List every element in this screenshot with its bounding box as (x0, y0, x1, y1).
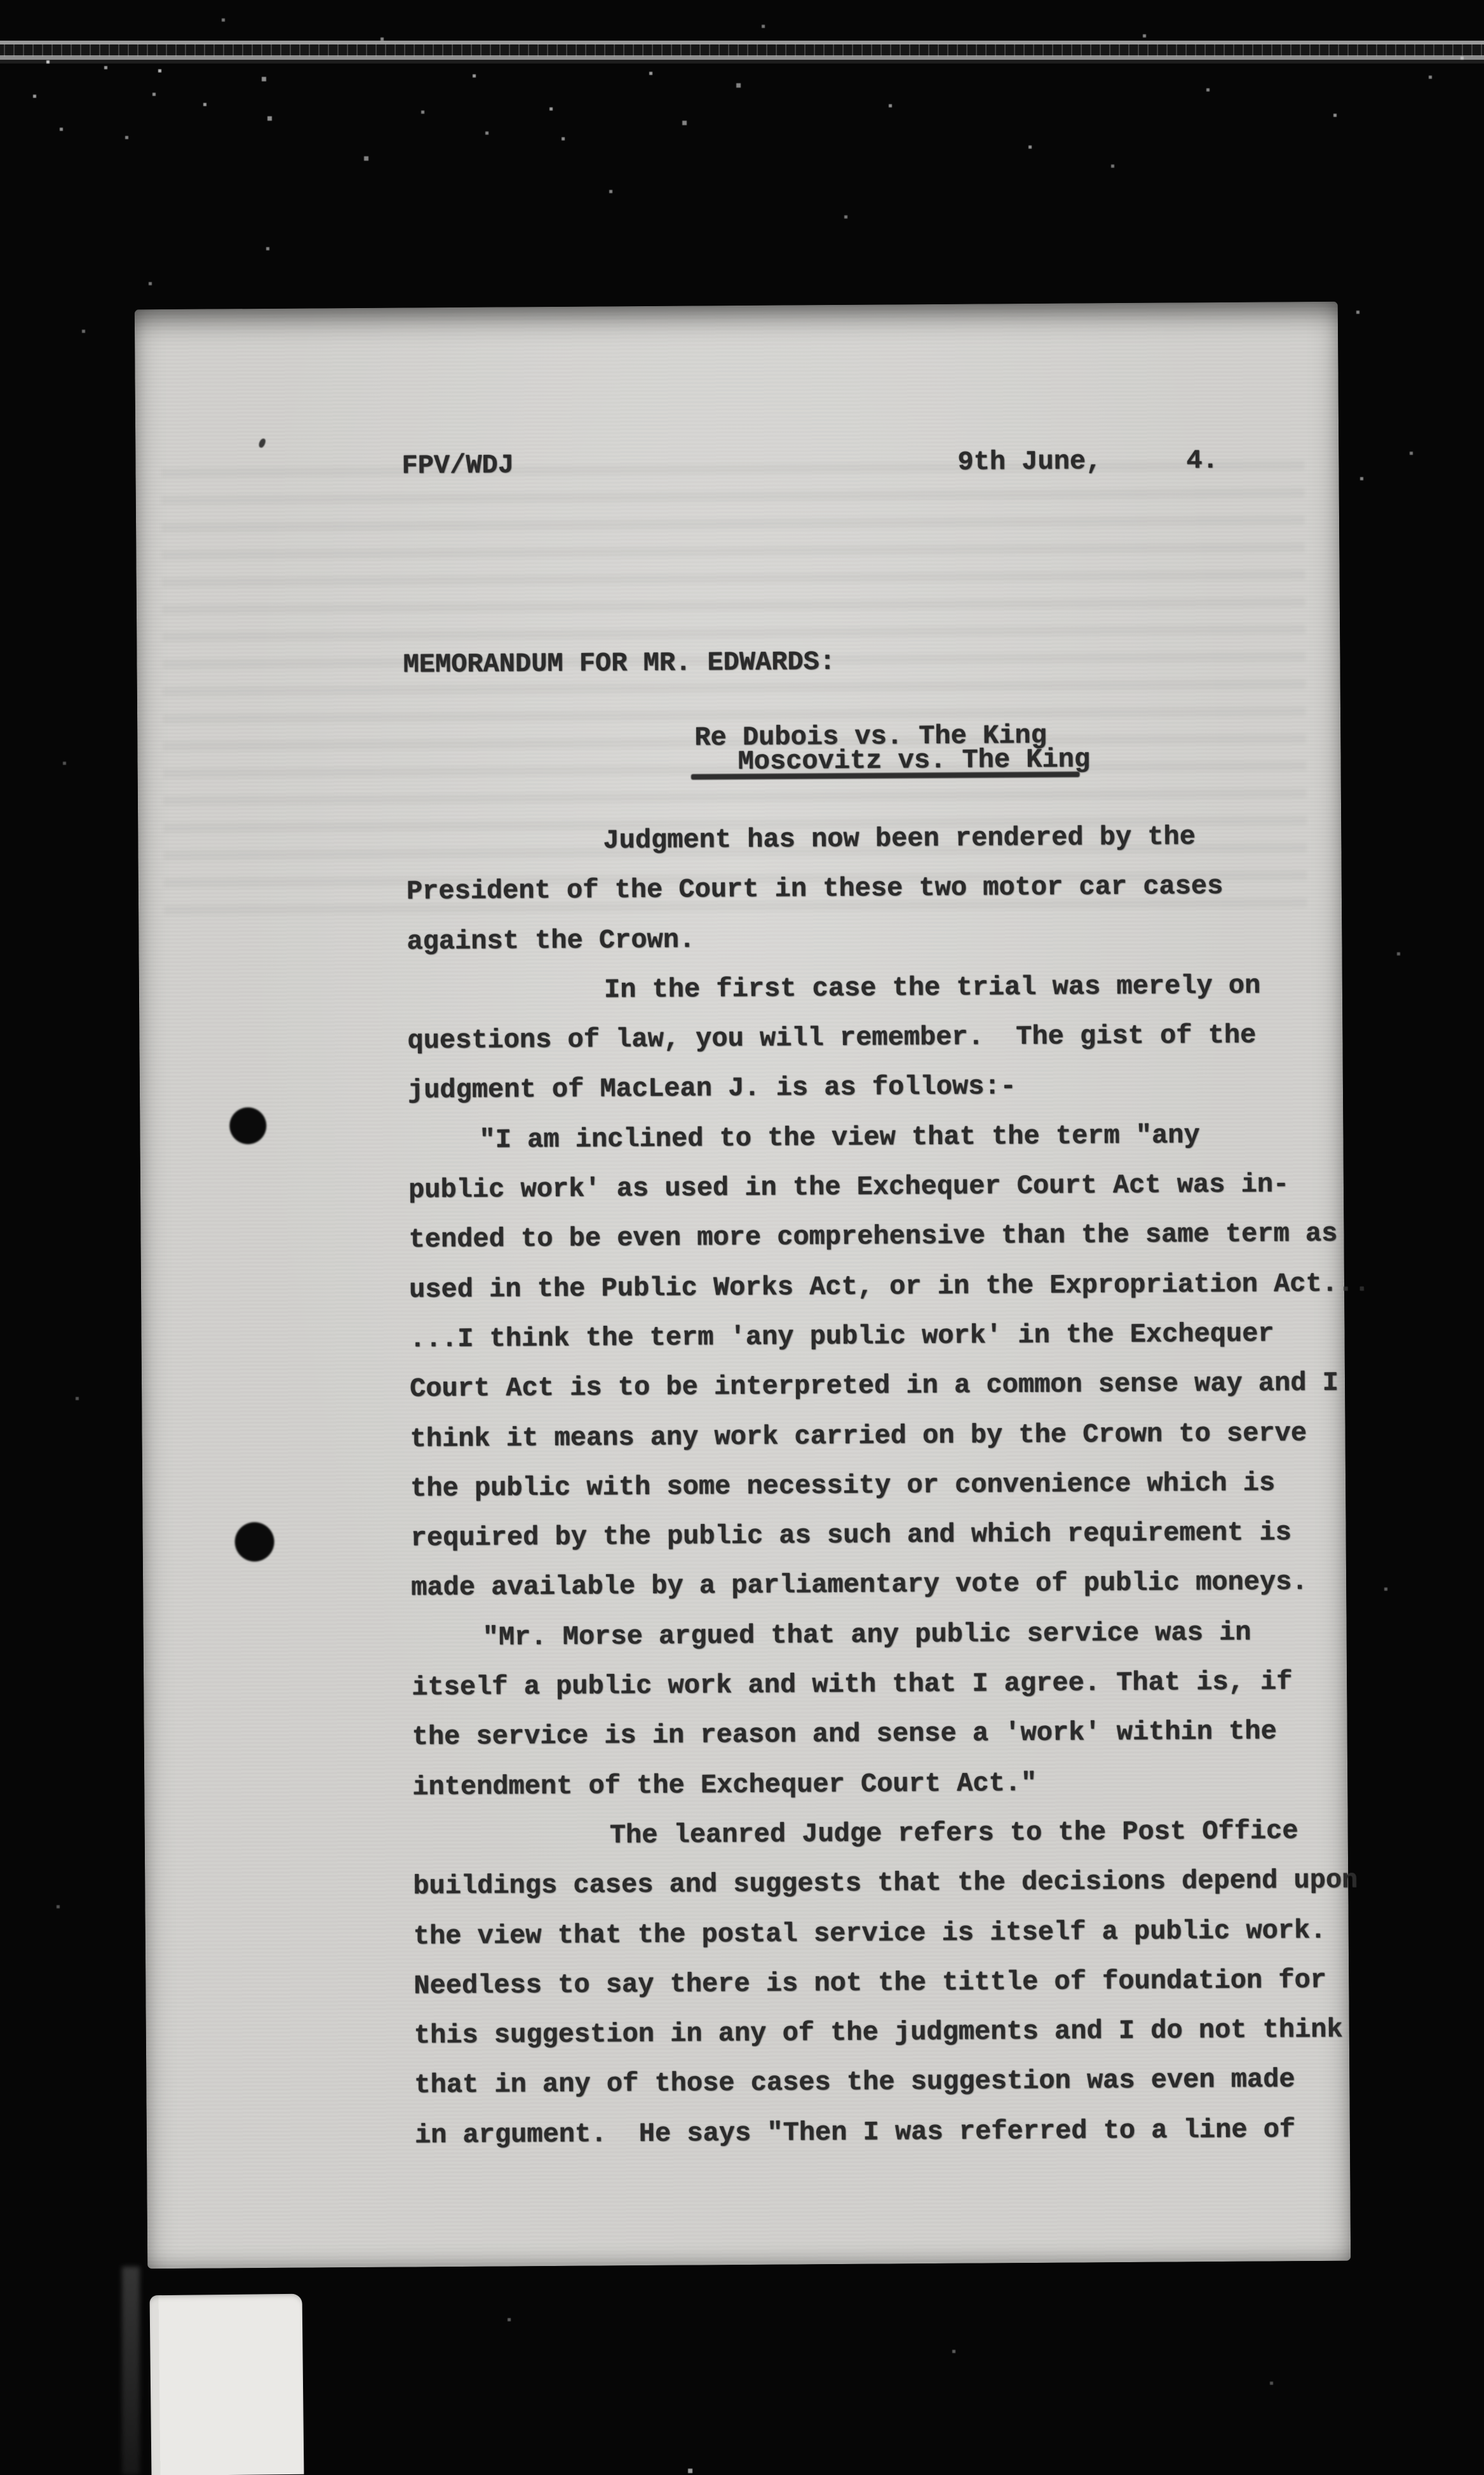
typed-line: used in the Public Works Act, or in the … (409, 1258, 1483, 1315)
page-number: 4. (1186, 444, 1218, 477)
memo-page: FPV/WDJ 9th June, 4. MEMORANDUM FOR MR. … (135, 302, 1351, 2269)
typed-line: intendment of the Exchequer Court Act." (412, 1755, 1484, 1812)
ink-speck (258, 438, 266, 448)
typed-line: the service is in reason and sense a 'wo… (412, 1706, 1484, 1763)
typed-line: public work' as used in the Exchequer Co… (408, 1158, 1482, 1215)
memo-addressee: MEMORANDUM FOR MR. EDWARDS: (403, 645, 835, 682)
typed-line: this suggestion in any of the judgments … (414, 2004, 1484, 2061)
film-strip-artifact (0, 41, 1484, 64)
typed-line: the public with some necessity or conven… (410, 1457, 1484, 1514)
typed-line: that in any of those cases the suggestio… (414, 2054, 1484, 2111)
next-page-corner (150, 2294, 304, 2475)
typed-line: itself a public work and with that I agr… (412, 1656, 1484, 1713)
scan-background: FPV/WDJ 9th June, 4. MEMORANDUM FOR MR. … (0, 0, 1484, 2475)
typed-line: "Mr. Morse argued that any public servic… (411, 1606, 1484, 1663)
typed-line: required by the public as such and which… (410, 1506, 1484, 1563)
typed-line: the view that the postal service is itse… (414, 1905, 1484, 1962)
memo-body-text: Judgment has now been rendered by thePre… (406, 810, 1484, 2160)
date-line: 9th June, (957, 445, 1102, 479)
typed-line: made available by a parliamentary vote o… (411, 1556, 1484, 1614)
punch-hole-bottom (234, 1522, 274, 1561)
typed-line: judgment of MacLean J. is as follows:- (408, 1059, 1481, 1116)
typed-line: ...I think the term 'any public work' in… (409, 1307, 1483, 1365)
typed-line: Needless to say there is not the tittle … (414, 1954, 1484, 2011)
page-edge-streak (122, 2267, 140, 2475)
typed-line: in argument. He says "Then I was referre… (415, 2103, 1484, 2161)
typed-line: "I am inclined to the view that the term… (408, 1109, 1481, 1166)
typed-line: In the first case the trial was merely o… (407, 959, 1481, 1016)
typed-line: Court Act is to be interpreted in a comm… (410, 1358, 1483, 1415)
typed-line: tended to be even more comprehensive tha… (408, 1208, 1482, 1265)
typed-line: think it means any work carried on by th… (410, 1407, 1483, 1464)
punch-hole-top (229, 1107, 266, 1144)
film-dust-specks (0, 0, 2, 2)
film-strip-hatching (0, 44, 1484, 57)
typed-line: Judgment has now been rendered by the (406, 810, 1480, 867)
typed-line: against the Crown. (407, 910, 1480, 967)
typed-line: President of the Court in these two moto… (407, 860, 1480, 917)
typed-line: The leanred Judge refers to the Post Off… (412, 1805, 1484, 1862)
typed-line: buildings cases and suggests that the de… (413, 1854, 1484, 1912)
typed-line: questions of law, you will remember. The… (407, 1009, 1481, 1066)
file-reference: FPV/WDJ (401, 448, 514, 482)
